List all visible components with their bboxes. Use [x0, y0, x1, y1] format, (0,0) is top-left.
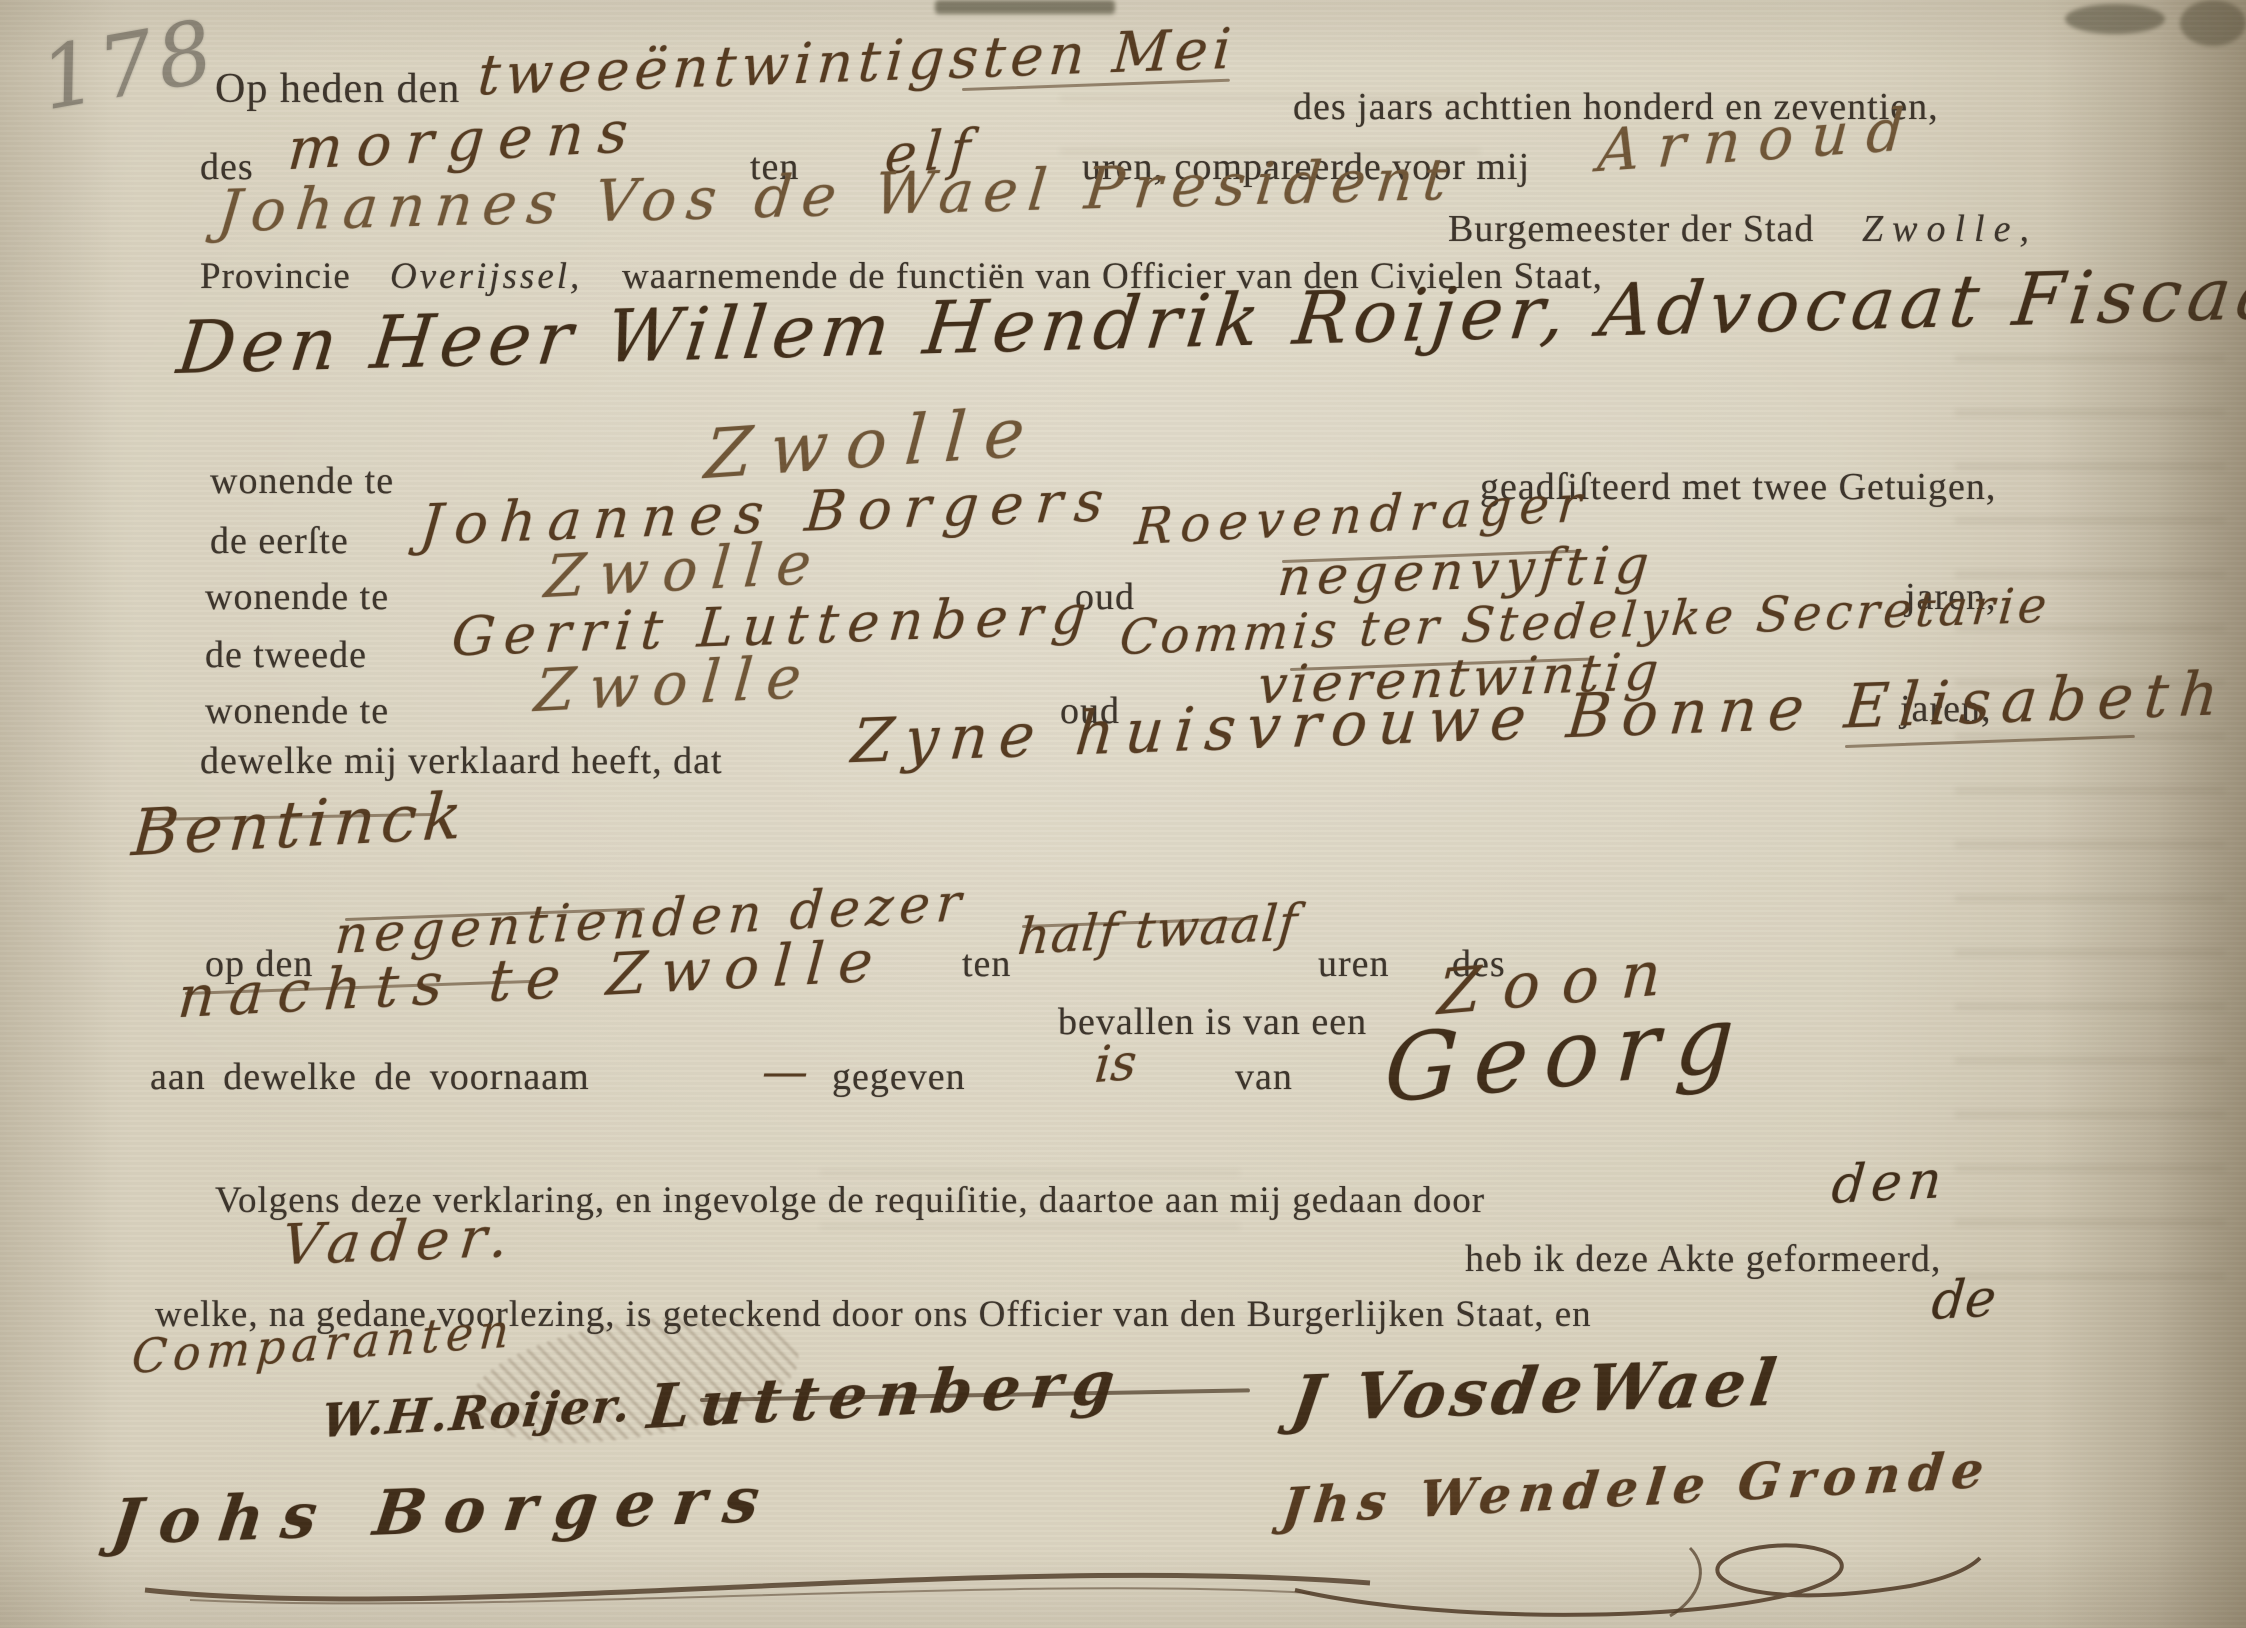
- printed-van: van: [1235, 1058, 1293, 1096]
- printed-provincie: Provincie: [200, 258, 351, 295]
- page-edge-mark: [2065, 4, 2165, 34]
- signature-flourish: [130, 1545, 1390, 1625]
- printed-provincie-naam: Overijssel,: [390, 258, 582, 295]
- printed-uren: uren: [1318, 945, 1390, 983]
- handwritten-kind-voornaam: Georg: [1383, 992, 1753, 1117]
- bleed-through-texture: [1955, 300, 2225, 1280]
- printed-de-eerste: de eerſte: [210, 522, 349, 560]
- printed-wonende-te-3: wonende te: [205, 692, 389, 730]
- printed-stad-zwolle: Zwolle,: [1862, 210, 2038, 248]
- margin-act-number: 178: [35, 8, 223, 123]
- handwritten-is: is: [1093, 1037, 1139, 1090]
- handwritten-getuige2-woonplaats: Zwolle: [532, 647, 817, 720]
- handwritten-de: de: [1930, 1272, 1999, 1328]
- page-edge-mark: [2180, 0, 2246, 46]
- printed-op-heden-den: Op heden den: [215, 68, 460, 110]
- signature-paraph: [1270, 1528, 1990, 1628]
- signature-tweede-rechts: Jhs Wendele Gronde: [1279, 1445, 1994, 1533]
- printed-wonende-te-1: wonende te: [210, 462, 394, 500]
- printed-burgemeester: Burgemeester der Stad: [1448, 210, 1814, 248]
- signature-vos-de-wael: J VosdeWael: [1287, 1351, 1784, 1432]
- handwritten-vader: Vader.: [279, 1210, 521, 1274]
- handwritten-den: den: [1830, 1154, 1950, 1212]
- handwritten-dash: —: [762, 1048, 808, 1094]
- handwritten-moeder-achternaam: Bentinck: [130, 784, 470, 866]
- printed-verklaard: dewelke mij verklaard heeft, dat: [200, 742, 723, 780]
- printed-ten-2: ten: [962, 945, 1011, 983]
- handwritten-date: tweeëntwintigsten Mei: [476, 21, 1238, 104]
- printed-gegeven: gegeven: [832, 1058, 966, 1096]
- birth-record-document: { "colors": { "paper": "#d8d1be", "print…: [0, 0, 2246, 1628]
- printed-heb-ik: heb ik deze Akte geformeerd,: [1465, 1240, 1941, 1278]
- printed-wonende-te-2: wonende te: [205, 578, 389, 616]
- printed-de-tweede: de tweede: [205, 636, 367, 674]
- page-edge-mark: [935, 0, 1115, 14]
- printed-voornaam: aan dewelke de voornaam: [150, 1058, 590, 1096]
- signature-borgers: Johs Borgers: [108, 1469, 780, 1555]
- handwritten-tijd: half twaalf: [1016, 897, 1300, 962]
